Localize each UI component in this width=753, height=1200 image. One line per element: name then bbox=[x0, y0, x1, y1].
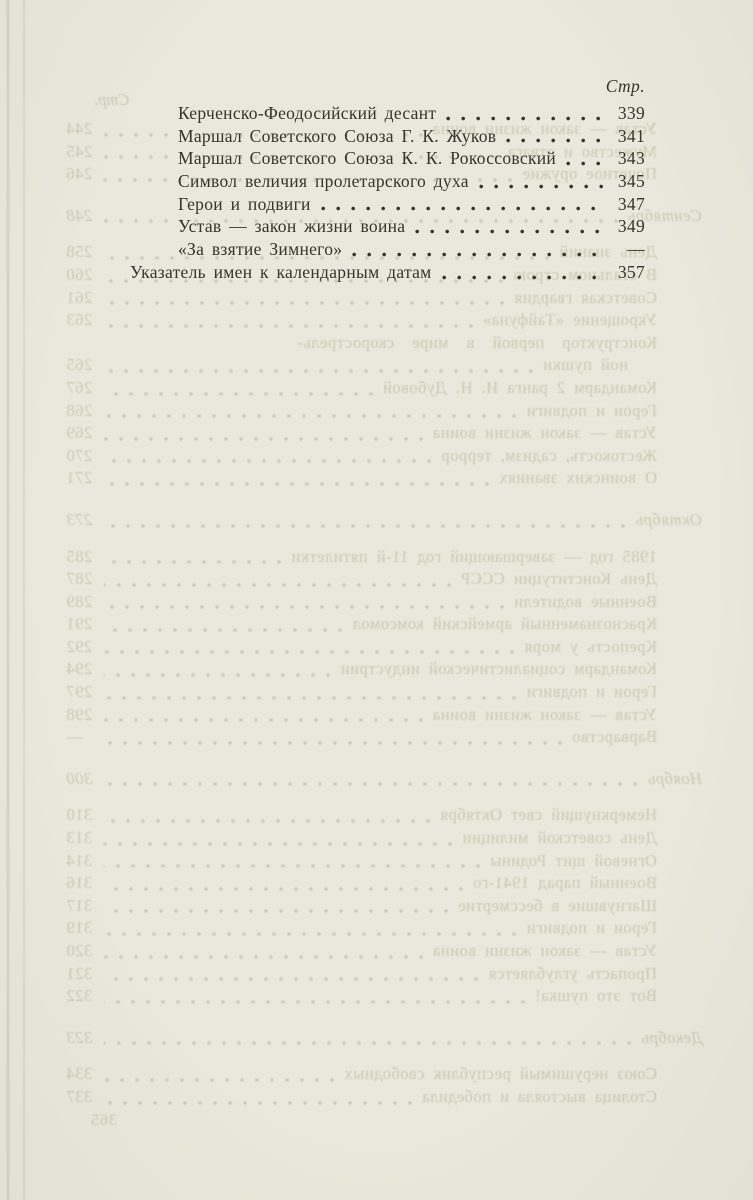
entry-title: Варварство bbox=[572, 727, 657, 747]
dot-leader bbox=[104, 672, 330, 678]
entry-title: О воинских званиях bbox=[499, 468, 657, 488]
toc-entry: Маршал Советского Союза Г. К. Жуков341 bbox=[130, 126, 645, 149]
page-number: 343 bbox=[609, 148, 645, 169]
show-through-entry: Конструктор первой в мире скорострель- bbox=[66, 333, 702, 356]
entry-title: Устав — закон жизни воина bbox=[433, 705, 657, 725]
entry-title: Герои и подвиги bbox=[178, 194, 311, 215]
show-through-entry: О воинских званиях271 bbox=[66, 468, 702, 491]
page-number: 260 bbox=[66, 265, 98, 285]
entry-title: Конструктор первой в мире скорострель- bbox=[297, 333, 657, 353]
page-number: 323 bbox=[66, 1028, 98, 1048]
entry-title: «За взятие Зимнего» bbox=[178, 239, 342, 260]
show-through-entry: 1985 год — завершающий год 11-й пятилетк… bbox=[66, 547, 702, 570]
dot-leader bbox=[104, 695, 516, 701]
entry-title: Октябрь bbox=[635, 510, 702, 530]
page-number: 246 bbox=[66, 164, 98, 184]
dot-leader bbox=[104, 300, 504, 306]
show-through-entry: Жестокость, садизм, террор270 bbox=[66, 446, 702, 469]
show-through-entry: Столица выстояла и победила337 bbox=[66, 1087, 702, 1110]
page-number: 268 bbox=[66, 401, 98, 421]
toc-entry: Символ величия пролетарского духа345 bbox=[130, 171, 645, 194]
page-number: 339 bbox=[609, 103, 645, 124]
show-through-entry: Советская гвардия261 bbox=[66, 288, 702, 311]
entry-title: День советской милиции bbox=[462, 828, 657, 848]
show-through-entry: Огневой щит Родины314 bbox=[66, 851, 702, 874]
page-number: 357 bbox=[609, 262, 645, 283]
dot-leader bbox=[104, 523, 625, 529]
dot-leader bbox=[104, 781, 637, 787]
dot-leader bbox=[104, 863, 480, 869]
page-number: 297 bbox=[66, 682, 98, 702]
page-number: 267 bbox=[66, 378, 98, 398]
dot-leader bbox=[352, 251, 603, 258]
page-number: 285 bbox=[66, 547, 98, 567]
show-through-entry: Союз нерушимый республик свободных334 bbox=[66, 1064, 702, 1087]
page-number: 270 bbox=[66, 446, 98, 466]
page-number: 314 bbox=[66, 851, 98, 871]
entry-title: Герои и подвиги bbox=[526, 682, 657, 702]
page-number: 245 bbox=[66, 142, 98, 162]
page-number: 322 bbox=[66, 986, 98, 1006]
page-number: 298 bbox=[66, 705, 98, 725]
dot-leader bbox=[104, 976, 478, 982]
entry-title: ной пушки bbox=[543, 355, 628, 375]
entry-title: Немеркнущий свет Октября bbox=[440, 805, 657, 825]
dot-leader bbox=[415, 228, 603, 235]
dot-leader bbox=[104, 818, 430, 824]
entry-title: Керченско-Феодосийский десант bbox=[178, 103, 436, 124]
page-edge-lines bbox=[0, 0, 30, 1200]
entry-title: Герои и подвиги bbox=[526, 918, 657, 938]
page-number: 321 bbox=[66, 964, 98, 984]
dot-leader bbox=[104, 1100, 412, 1106]
entry-title: Декабрь bbox=[641, 1028, 702, 1048]
show-through-entry: Устав — закон жизни воина269 bbox=[66, 423, 702, 446]
entry-title: Командарм социалистической индустрии bbox=[340, 659, 657, 679]
dot-leader bbox=[104, 886, 463, 892]
entry-title: Ноябрь bbox=[647, 769, 702, 789]
page-number: 271 bbox=[66, 468, 98, 488]
dot-leader bbox=[104, 481, 489, 487]
show-through-page-column-label: Стр. bbox=[94, 90, 130, 110]
page-number: 287 bbox=[66, 569, 98, 589]
page-number: 316 bbox=[66, 873, 98, 893]
dot-leader bbox=[104, 740, 562, 746]
page-number: 300 bbox=[66, 769, 98, 789]
show-through-entry: Командарм социалистической индустрии294 bbox=[66, 659, 702, 682]
show-through-entry: День советской милиции313 bbox=[66, 828, 702, 851]
page-number: 334 bbox=[66, 1064, 98, 1084]
page-number: 320 bbox=[66, 941, 98, 961]
entry-title: Жестокость, садизм, террор bbox=[441, 446, 657, 466]
show-through-footer-page-number: 365 bbox=[90, 1112, 117, 1130]
page-number: 248 bbox=[66, 206, 98, 226]
dot-leader bbox=[104, 436, 423, 442]
entry-title: Столица выстояла и победила bbox=[422, 1087, 657, 1107]
entry-title: День Конституции СССР bbox=[461, 569, 657, 589]
page-number: — bbox=[66, 727, 98, 747]
dot-leader bbox=[104, 841, 452, 847]
entry-title: Шагнувшие в бессмертие bbox=[458, 896, 657, 916]
page-number: 347 bbox=[609, 194, 645, 215]
entry-title: Вот это пушка! bbox=[535, 986, 657, 1006]
dot-leader bbox=[446, 115, 603, 122]
show-through-entry: Укрощение «Тайфуна»263 bbox=[66, 310, 702, 333]
dot-leader bbox=[104, 649, 514, 655]
entry-title: Устав — закон жизни воина bbox=[433, 423, 657, 443]
page-number: 294 bbox=[66, 659, 98, 679]
entry-title: Военный парад 1941-го bbox=[473, 873, 657, 893]
entry-title: 1985 год — завершающий год 11-й пятилетк… bbox=[291, 547, 657, 567]
page-number: 269 bbox=[66, 423, 98, 443]
show-through-entry: Военные водители289 bbox=[66, 592, 702, 615]
dot-leader bbox=[104, 627, 342, 633]
show-through-entry: Вот это пушка!322 bbox=[66, 986, 702, 1009]
entry-title: Крепость у моря bbox=[524, 637, 657, 657]
show-through-entry: Военный парад 1941-го316 bbox=[66, 873, 702, 896]
entry-title: Символ величия пролетарского духа bbox=[178, 171, 469, 192]
show-through-entry: Крепость у моря292 bbox=[66, 637, 702, 660]
show-through-entry: Пропасть углубляется321 bbox=[66, 964, 702, 987]
page-number: 313 bbox=[66, 828, 98, 848]
page-number: — bbox=[609, 239, 645, 260]
entry-title: Командарм 2 ранга И. Н. Дубовой bbox=[383, 378, 657, 398]
entry-title: Краснознаменный армейский комсомол bbox=[352, 614, 657, 634]
book-page-photo: Стр. Устав — закон жизни воина244Мужеств… bbox=[0, 0, 753, 1200]
dot-leader bbox=[479, 183, 603, 190]
dot-leader bbox=[104, 582, 451, 588]
entry-title: Устав — закон жизни воина bbox=[433, 941, 657, 961]
page-number: 292 bbox=[66, 637, 98, 657]
entry-title: Военные водители bbox=[514, 592, 657, 612]
toc-entry: Герои и подвиги347 bbox=[130, 194, 645, 217]
entry-title: Советская гвардия bbox=[514, 288, 657, 308]
show-through-entry: Герои и подвиги268 bbox=[66, 401, 702, 424]
page-column-label: Стр. bbox=[606, 76, 645, 97]
dot-leader bbox=[566, 160, 603, 167]
page-number: 291 bbox=[66, 614, 98, 634]
dot-leader bbox=[104, 559, 281, 565]
dot-leader bbox=[321, 205, 603, 212]
dot-leader bbox=[104, 931, 516, 937]
dot-leader bbox=[104, 999, 525, 1005]
show-through-entry: Герои и подвиги297 bbox=[66, 682, 702, 705]
dot-leader bbox=[104, 717, 423, 723]
page-number: 319 bbox=[66, 918, 98, 938]
entry-title: Союз нерушимый республик свободных bbox=[344, 1064, 657, 1084]
page-number: 317 bbox=[66, 896, 98, 916]
page-number: 244 bbox=[66, 119, 98, 139]
dot-leader bbox=[104, 391, 373, 397]
show-through-entry: ной пушки265 bbox=[66, 355, 702, 378]
page-number: 345 bbox=[609, 171, 645, 192]
show-through-entry: День Конституции СССР287 bbox=[66, 569, 702, 592]
page-number: 273 bbox=[66, 510, 98, 530]
show-through-month-header: Ноябрь300 bbox=[66, 769, 702, 792]
dot-leader bbox=[506, 137, 603, 144]
toc-entry: Керченско-Феодосийский десант339 bbox=[130, 103, 645, 126]
show-through-entry: Устав — закон жизни воина298 bbox=[66, 705, 702, 728]
page-number: 263 bbox=[66, 310, 98, 330]
entry-title: Пропасть углубляется bbox=[488, 964, 657, 984]
page-number: 261 bbox=[66, 288, 98, 308]
dot-leader bbox=[104, 323, 473, 329]
entry-title: Указатель имен к календарным датам bbox=[130, 262, 432, 283]
toc-entry: Устав — закон жизни воина349 bbox=[130, 216, 645, 239]
page-number: 337 bbox=[66, 1087, 98, 1107]
show-through-entry: Шагнувшие в бессмертие317 bbox=[66, 896, 702, 919]
dot-leader bbox=[104, 908, 448, 914]
entry-title: Маршал Советского Союза Г. К. Жуков bbox=[178, 126, 496, 147]
entry-title: Герои и подвиги bbox=[526, 401, 657, 421]
toc-entry: «За взятие Зимнего»— bbox=[130, 239, 645, 262]
show-through-month-header: Декабрь323 bbox=[66, 1028, 702, 1051]
dot-leader bbox=[104, 1040, 631, 1046]
dot-leader bbox=[442, 274, 603, 281]
page-number: 289 bbox=[66, 592, 98, 612]
dot-leader bbox=[104, 368, 533, 374]
entry-title: Укрощение «Тайфуна» bbox=[483, 310, 657, 330]
page-number: 310 bbox=[66, 805, 98, 825]
toc-entry: Маршал Советского Союза К. К. Рокоссовск… bbox=[130, 148, 645, 171]
page-number: 265 bbox=[66, 355, 98, 375]
entry-title: Огневой щит Родины bbox=[490, 851, 657, 871]
dot-leader bbox=[104, 954, 423, 960]
page-number: 349 bbox=[609, 216, 645, 237]
entry-title: Маршал Советского Союза К. К. Рокоссовск… bbox=[178, 148, 556, 169]
show-through-month-header: Октябрь273 bbox=[66, 510, 702, 533]
show-through-entry: Устав — закон жизни воина320 bbox=[66, 941, 702, 964]
dot-leader bbox=[104, 413, 516, 419]
entry-title: Устав — закон жизни воина bbox=[178, 216, 405, 237]
toc-list: Керченско-Феодосийский десант339Маршал С… bbox=[130, 103, 645, 285]
show-through-entry: Варварство— bbox=[66, 727, 702, 750]
show-through-entry: Немеркнущий свет Октября310 bbox=[66, 805, 702, 828]
toc-entry: Указатель имен к календарным датам357 bbox=[130, 262, 645, 285]
show-through-entry: Герои и подвиги319 bbox=[66, 918, 702, 941]
dot-leader bbox=[104, 604, 504, 610]
page-number: 341 bbox=[609, 126, 645, 147]
dot-leader bbox=[104, 1077, 334, 1083]
show-through-entry: Командарм 2 ранга И. Н. Дубовой267 bbox=[66, 378, 702, 401]
page-number: 258 bbox=[66, 242, 98, 262]
dot-leader bbox=[104, 458, 431, 464]
show-through-entry: Краснознаменный армейский комсомол291 bbox=[66, 614, 702, 637]
